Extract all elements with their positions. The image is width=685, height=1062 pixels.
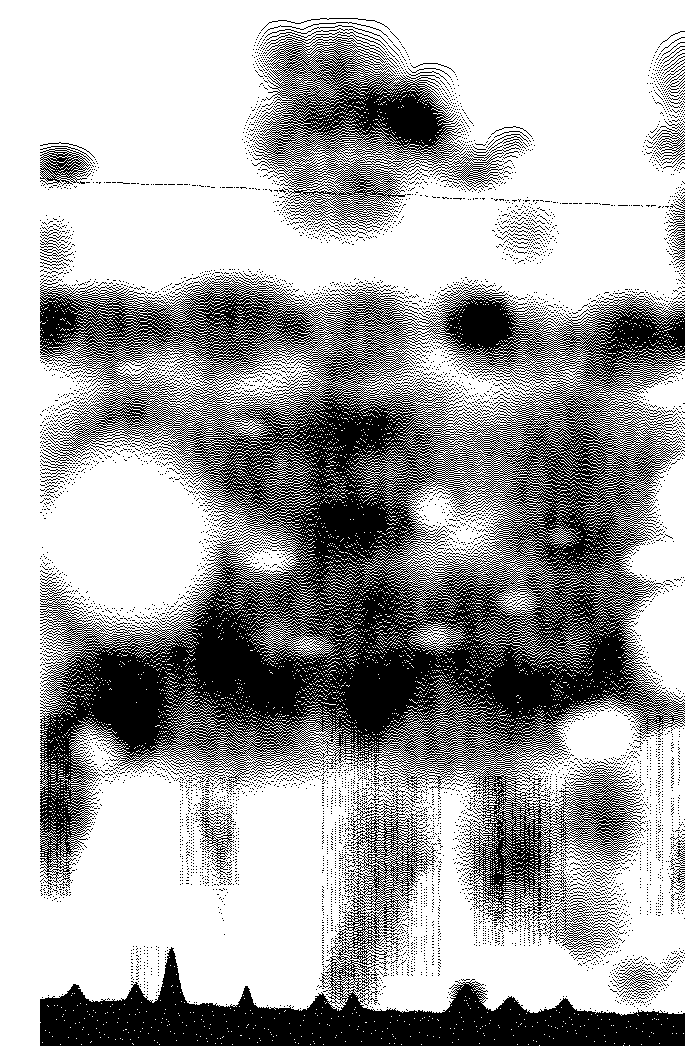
dithered-tree-photograph xyxy=(40,16,685,1046)
halftone-photo-canvas xyxy=(40,16,685,1046)
